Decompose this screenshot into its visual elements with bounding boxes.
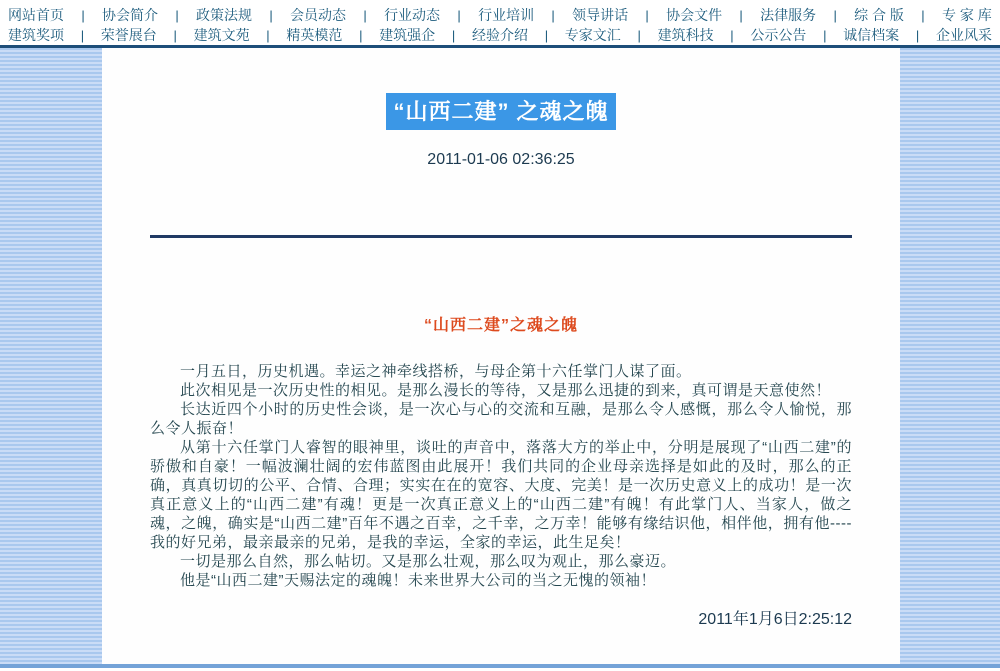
nav-link-construction-technology[interactable]: 建筑科技 [658,25,714,45]
nav-link-expert-articles[interactable]: 专家文汇 [565,25,621,45]
content-panel: “山西二建” 之魂之魄 2011-01-06 02:36:25 “山西二建”之魂… [102,48,900,668]
nav-link-strong-enterprises[interactable]: 建筑强企 [379,25,435,45]
nav-link-construction-literature[interactable]: 建筑文苑 [194,25,250,45]
nav-link-home[interactable]: 网站首页 [8,5,64,25]
nav-separator: | [266,28,269,43]
nav-link-member-news[interactable]: 会员动态 [290,5,346,25]
nav-separator: | [739,8,742,23]
nav-separator: | [175,8,178,23]
divider-rule [150,235,852,238]
paragraph-4: 从第十六任掌门人睿智的眼神里，谈吐的声音中，落落大方的举止中，分明是展现了“山西… [150,438,852,552]
nav-separator: | [730,28,733,43]
nav-separator: | [645,8,648,23]
article-heading: “山西二建”之魂之魄 [150,312,852,335]
nav-separator: | [81,8,84,23]
paragraph-1: 一月五日，历史机遇。幸运之神牵线搭桥，与母企第十六任掌门人谋了面。 [150,362,852,381]
nav-separator: | [637,28,640,43]
nav-link-association-intro[interactable]: 协会简介 [102,5,158,25]
nav-separator: | [551,8,554,23]
nav-link-leader-speeches[interactable]: 领导讲话 [572,5,628,25]
nav-separator: | [833,8,836,23]
nav-separator: | [457,8,460,23]
paragraph-3: 长达近四个小时的历史性会谈，是一次心与心的交流和互融，是那么令人感慨，那么令人愉… [150,400,852,438]
nav-row-1: 网站首页 | 协会简介 | 政策法规 | 会员动态 | 行业动态 | 行业培训 … [8,5,992,25]
nav-link-construction-awards[interactable]: 建筑奖项 [8,25,64,45]
nav-separator: | [921,8,924,23]
article-title-row: “山西二建” 之魂之魄 [150,93,852,130]
nav-link-policies[interactable]: 政策法规 [196,5,252,25]
nav-link-public-notices[interactable]: 公示公告 [750,25,806,45]
publish-datetime: 2011-01-06 02:36:25 [150,151,852,169]
nav-separator: | [174,28,177,43]
paragraph-5: 一切是那么自然，那么帖切。又是那么壮观，那么叹为观止，那么豪迈。 [150,552,852,571]
nav-separator: | [545,28,548,43]
bottom-bar [0,664,1000,668]
nav-separator: | [452,28,455,43]
article-title-highlighted: “山西二建” 之魂之魄 [386,93,615,130]
top-navigation: 网站首页 | 协会简介 | 政策法规 | 会员动态 | 行业动态 | 行业培训 … [0,0,1000,48]
nav-separator: | [81,28,84,43]
nav-row-2: 建筑奖项 | 荣誉展台 | 建筑文苑 | 精英模范 | 建筑强企 | 经验介绍 … [8,25,992,45]
nav-separator: | [269,8,272,23]
nav-link-experience-intro[interactable]: 经验介绍 [472,25,528,45]
nav-link-comprehensive[interactable]: 综 合 版 [854,5,904,25]
article-body: 一月五日，历史机遇。幸运之神牵线搭桥，与母企第十六任掌门人谋了面。 此次相见是一… [150,362,852,590]
nav-link-elite-models[interactable]: 精英模范 [286,25,342,45]
main-area: “山西二建” 之魂之魄 2011-01-06 02:36:25 “山西二建”之魂… [0,48,1000,668]
nav-link-enterprise-style[interactable]: 企业风采 [936,25,992,45]
nav-link-honor-showcase[interactable]: 荣誉展台 [101,25,157,45]
footer-timestamp: 2011年1月6日2:25:12 [150,606,852,629]
paragraph-6: 他是“山西二建”天赐法定的魂魄！未来世界大公司的当之无愧的领袖！ [150,571,852,590]
nav-link-legal-services[interactable]: 法律服务 [760,5,816,25]
nav-separator: | [359,28,362,43]
nav-separator: | [823,28,826,43]
nav-link-industry-news[interactable]: 行业动态 [384,5,440,25]
nav-link-credit-archives[interactable]: 诚信档案 [843,25,899,45]
nav-link-industry-training[interactable]: 行业培训 [478,5,534,25]
nav-separator: | [916,28,919,43]
nav-separator: | [363,8,366,23]
nav-link-expert-pool[interactable]: 专 家 库 [942,5,992,25]
paragraph-2: 此次相见是一次历史性的相见。是那么漫长的等待，又是那么迅捷的到来，真可谓是天意使… [150,381,852,400]
nav-link-association-documents[interactable]: 协会文件 [666,5,722,25]
